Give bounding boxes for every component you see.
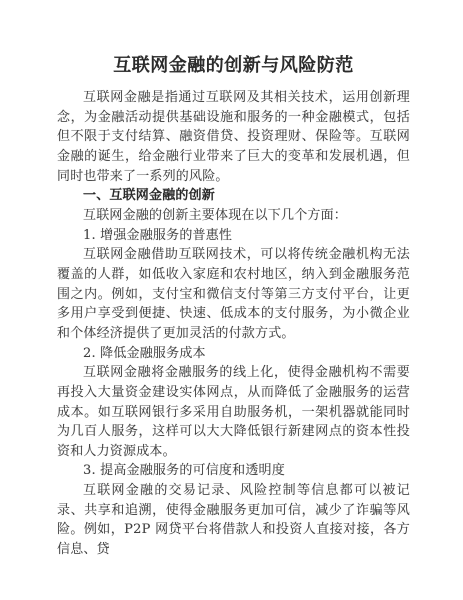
document-body: 互联网金融是指通过互联网及其相关技术，运用创新理念，为金融活动提供基础设施和服务… — [57, 88, 410, 560]
document-page: 互联网金融的创新与风险防范 互联网金融是指通过互联网及其相关技术，运用创新理念，… — [0, 0, 463, 600]
numbered-item-heading: 3. 提高金融服务的可信度和透明度 — [57, 461, 410, 481]
paragraph: 互联网金融的交易记录、风险控制等信息都可以被记录、共享和追溯，使得金融服务更加可… — [57, 481, 410, 560]
section-heading: 一、互联网金融的创新 — [57, 186, 410, 206]
numbered-item-heading: 2. 降低金融服务成本 — [57, 344, 410, 364]
page-title: 互联网金融的创新与风险防范 — [57, 55, 410, 76]
paragraph: 互联网金融将金融服务的线上化，使得金融机构不需要再投入大量资金建设实体网点，从而… — [57, 363, 410, 461]
numbered-item-heading: 1. 增强金融服务的普惠性 — [57, 226, 410, 246]
paragraph: 互联网金融是指通过互联网及其相关技术，运用创新理念，为金融活动提供基础设施和服务… — [57, 88, 410, 186]
paragraph: 互联网金融借助互联网技术，可以将传统金融机构无法覆盖的人群，如低收入家庭和农村地… — [57, 245, 410, 343]
paragraph: 互联网金融的创新主要体现在以下几个方面： — [57, 206, 410, 226]
